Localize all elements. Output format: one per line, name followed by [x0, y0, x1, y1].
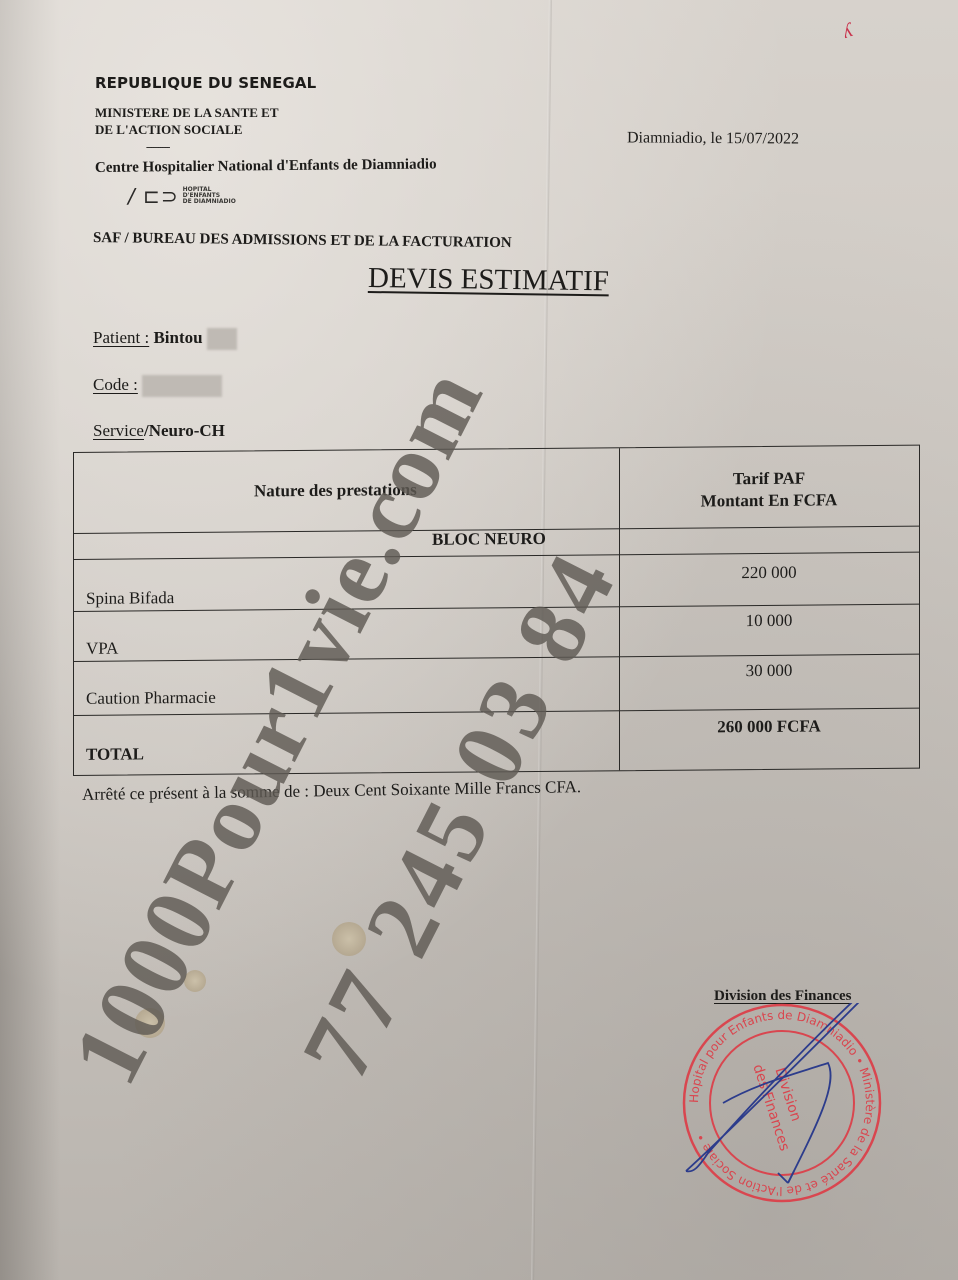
table-row-amount: 220 000 — [619, 562, 919, 585]
table-row-amount: 30 000 — [619, 660, 919, 683]
patient-label: Patient : — [93, 328, 149, 347]
redaction-block — [207, 328, 237, 350]
total-amount: 260 000 FCFA — [619, 716, 919, 739]
official-stamp: Hopital pour Enfants de Diamniadio • Min… — [668, 1003, 896, 1203]
service-field: Service/Neuro-CH — [93, 421, 225, 441]
hospital-name: Centre Hospitalier National d'Enfants de… — [95, 156, 437, 177]
separator: ---------- — [146, 142, 169, 153]
total-label: TOTAL — [86, 744, 144, 765]
stamp-outer-text: Hopital pour Enfants de Diamniadio • Min… — [687, 1008, 877, 1198]
service-value: /Neuro-CH — [144, 421, 225, 440]
logo-icon: / ⊏⊃ — [128, 184, 179, 208]
header-tarif: Tarif PAF — [619, 468, 919, 491]
ministry-heading: MINISTERE DE LA SANTE ET DE L'ACTION SOC… — [95, 104, 279, 138]
code-field: Code : — [93, 375, 222, 397]
redaction-block — [142, 375, 222, 397]
patient-field: Patient : Bintou — [93, 328, 237, 350]
row-divider — [74, 552, 919, 560]
table-row-label: VPA — [86, 639, 118, 659]
service-label: Service — [93, 421, 144, 440]
republic-heading: REPUBLIQUE DU SENEGAL — [95, 74, 316, 92]
document-date: Diamniadio, le 15/07/2022 — [627, 129, 799, 148]
table-row-amount: 10 000 — [619, 610, 919, 633]
hospital-logo: / ⊏⊃ HOPITAL D'ENFANTS DE DIAMNIADIO — [128, 184, 236, 208]
logo-text: HOPITAL D'ENFANTS DE DIAMNIADIO — [183, 187, 236, 205]
ministry-line-1: MINISTERE DE LA SANTE ET — [95, 104, 279, 121]
table-row-label: Caution Pharmacie — [86, 688, 216, 709]
code-label: Code : — [93, 375, 138, 394]
table-row-label: Spina Bifada — [86, 588, 174, 609]
section-bloc-neuro: BLOC NEURO — [432, 529, 546, 550]
document-title: DEVIS ESTIMATIF — [368, 262, 609, 298]
ministry-line-2: DE L'ACTION SOCIALE — [95, 121, 279, 138]
patient-name: Bintou — [153, 328, 202, 347]
header-montant: Montant En FCFA — [619, 490, 919, 513]
